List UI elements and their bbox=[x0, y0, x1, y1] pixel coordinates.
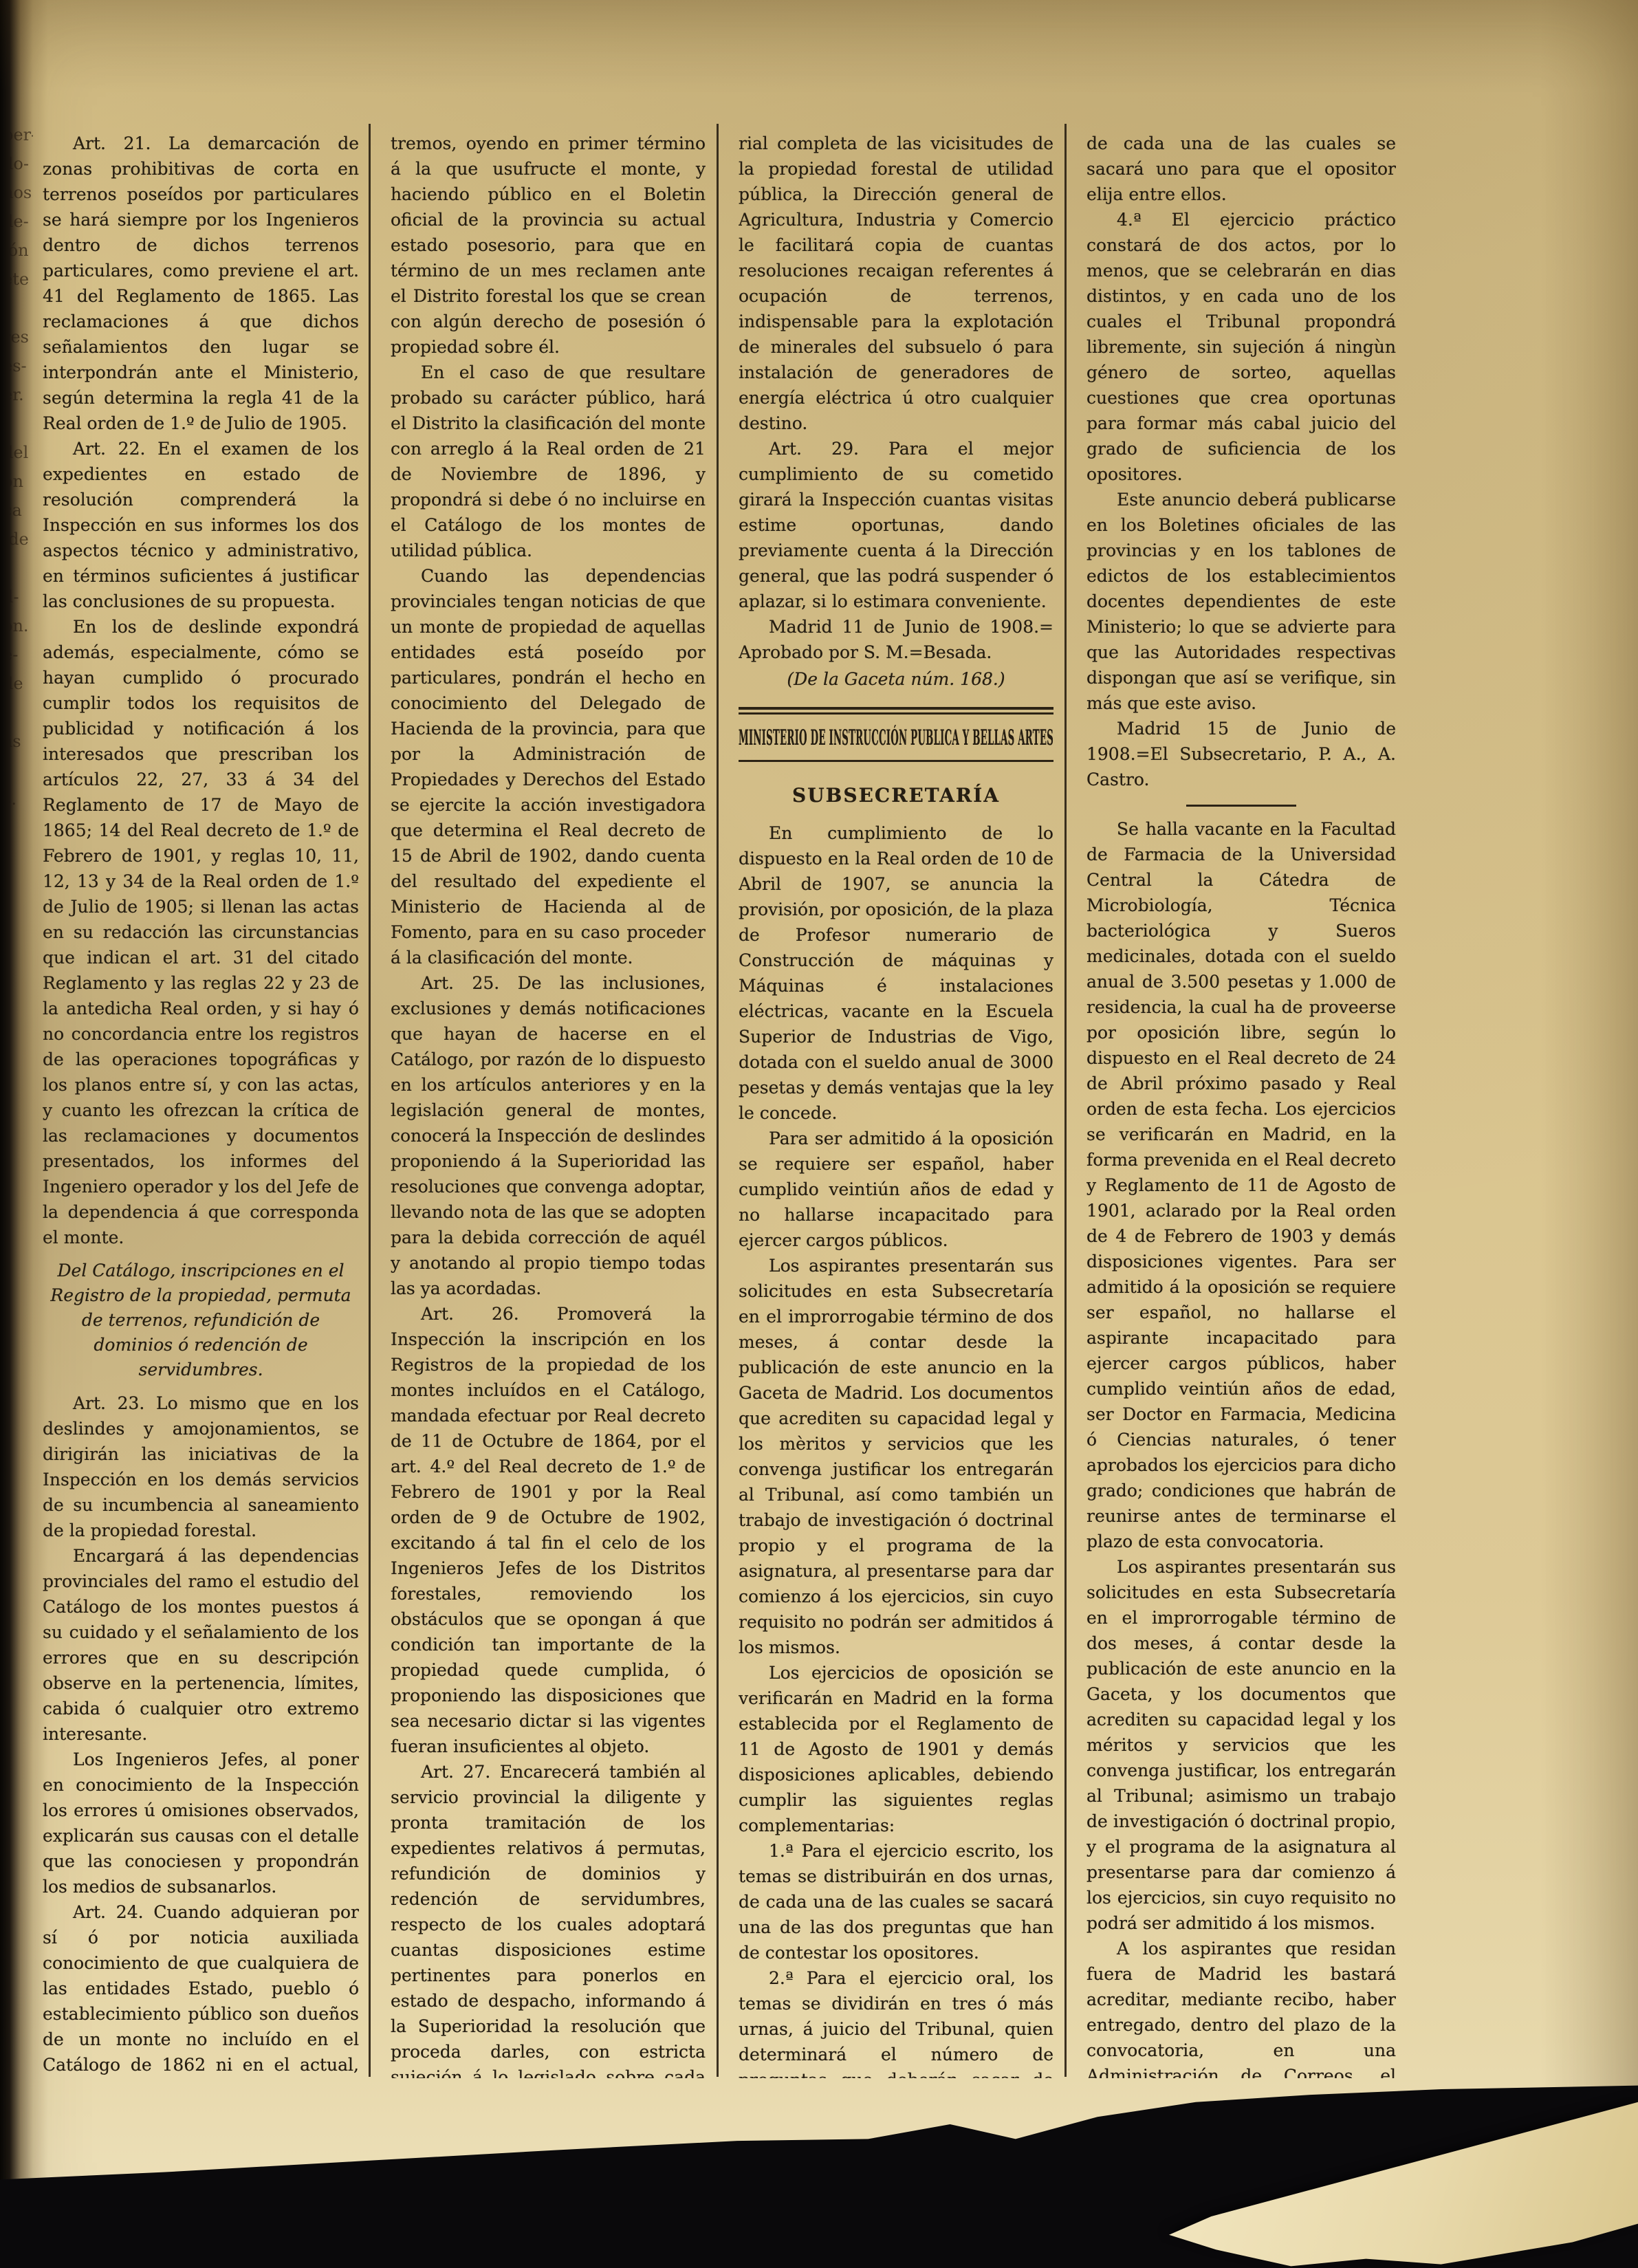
art-27-paragraph: Art. 27. Encarecerá también al servicio … bbox=[391, 1759, 706, 2078]
cut-text-fragment: -de bbox=[3, 530, 29, 549]
date-signature-besada: Madrid 11 de Junio de 1908.= Aprobado po… bbox=[739, 614, 1053, 665]
rial-continuation-paragraph: rial completa de las vicisitudes de la p… bbox=[739, 131, 1053, 436]
text-column-2: tremos, oyendo en primer término á la qu… bbox=[391, 131, 706, 2078]
solicitudes-farmacia-paragraph: Los aspirantes presentarán sus solicitud… bbox=[1086, 1554, 1396, 1936]
short-divider-rule bbox=[1186, 805, 1296, 807]
section-heading-catalogo: Del Catálogo, inscripciones en el Regist… bbox=[45, 1258, 356, 1382]
cut-text-fragment: s. bbox=[3, 789, 17, 809]
heading-underline-rule bbox=[739, 760, 1053, 762]
scanned-page: ber-do-nosde-iónetereses-er.delónca-deil… bbox=[0, 0, 1638, 2268]
vigo-announcement-paragraph: En cumplimiento de lo dispuesto en la Re… bbox=[739, 820, 1053, 1126]
torn-corner-flap bbox=[1169, 2084, 1638, 2268]
requisitos-admision-paragraph: Para ser admitido á la oposición se requ… bbox=[739, 1126, 1053, 1253]
cut-text-fragment: il- bbox=[3, 587, 19, 607]
double-rule-divider bbox=[739, 707, 1053, 715]
cut-text-fragment: ca bbox=[3, 501, 22, 520]
ministry-heading-text: MINISTERIO DE INSTRUCCIÓN PUBLICA Y BELL… bbox=[739, 726, 1053, 751]
cut-text-fragment: as bbox=[3, 732, 21, 751]
left-edge-fragments: ber-do-nosde-iónetereses-er.delónca-deil… bbox=[0, 0, 33, 1788]
solicitudes-vigo-paragraph: Los aspirantes presentarán sus solicitud… bbox=[739, 1253, 1053, 1660]
column-divider-3 bbox=[1064, 124, 1067, 2077]
cut-text-fragment: res bbox=[3, 327, 29, 347]
cut-text-fragment: ón. bbox=[3, 616, 29, 635]
cut-text-fragment: del bbox=[3, 443, 28, 462]
cut-text-fragment: ber- bbox=[3, 125, 33, 144]
ingenieros-jefes-paragraph: Los Ingenieros Jefes, al poner en conoci… bbox=[43, 1747, 359, 1899]
gaceta-reference: (De la Gaceta núm. 168.) bbox=[739, 666, 1053, 692]
art-25-paragraph: Art. 25. De las inclusiones, exclusiones… bbox=[391, 970, 706, 1301]
encargara-paragraph: Encargará á las dependencias provinciale… bbox=[43, 1543, 359, 1747]
cut-text-fragment: de- bbox=[3, 212, 29, 231]
art-21-paragraph: Art. 21. La demarcación de zonas prohibi… bbox=[43, 131, 359, 436]
regla-2-paragraph: 2.ª Para el ejercicio oral, los temas se… bbox=[739, 1965, 1053, 2078]
ministry-heading: MINISTERIO DE INSTRUCCIÓN PUBLICA Y BELL… bbox=[739, 726, 1053, 753]
ejercicios-madrid-paragraph: Los ejercicios de oposición se verificar… bbox=[739, 1660, 1053, 1838]
date-signature-castro: Madrid 15 de Junio de 1908.=El Subsecret… bbox=[1086, 716, 1396, 792]
text-column-4: de cada una de las cuales se sacará uno … bbox=[1086, 131, 1396, 2078]
tremos-continuation-paragraph: tremos, oyendo en primer término á la qu… bbox=[391, 131, 706, 360]
cut-text-fragment: ón bbox=[3, 472, 23, 491]
art-26-paragraph: Art. 26. Promoverá la Inspección la insc… bbox=[391, 1301, 706, 1759]
cut-text-fragment: ete bbox=[3, 270, 29, 289]
folded-page-corner bbox=[1169, 2084, 1638, 2268]
dependencias-provinciales-paragraph: Cuando las dependencias provinciales ten… bbox=[391, 563, 706, 970]
art-29-paragraph: Art. 29. Para el mejor cumplimiento de s… bbox=[739, 436, 1053, 614]
cut-text-fragment: es- bbox=[3, 356, 27, 375]
cut-text-fragment: de bbox=[3, 674, 23, 693]
column-divider-1 bbox=[369, 124, 371, 2077]
urnas-continuation-paragraph: de cada una de las cuales se sacará uno … bbox=[1086, 131, 1396, 207]
regla-1-paragraph: 1.ª Para el ejercicio escrito, los temas… bbox=[739, 1838, 1053, 1965]
art-23-paragraph: Art. 23. Lo mismo que en los deslindes y… bbox=[43, 1391, 359, 1543]
deslinde-requisitos-paragraph: En los de deslinde expondrá además, espe… bbox=[43, 614, 359, 1250]
subsecretaria-heading: SUBSECRETARÍA bbox=[739, 783, 1053, 808]
art-24-paragraph: Art. 24. Cuando adquieran por sí ó por n… bbox=[43, 1899, 359, 2078]
caracter-publico-paragraph: En el caso de que resultare probado su c… bbox=[391, 360, 706, 563]
residentes-fuera-paragraph: A los aspirantes que residan fuera de Ma… bbox=[1086, 1936, 1396, 2078]
art-22-paragraph: Art. 22. En el examen de los expedientes… bbox=[43, 436, 359, 614]
regla-4-paragraph: 4.ª El ejercicio práctico constará de do… bbox=[1086, 207, 1396, 487]
text-column-1: Art. 21. La demarcación de zonas prohibi… bbox=[43, 131, 359, 2078]
cut-text-fragment: ión bbox=[3, 241, 29, 260]
cut-text-fragment: do- bbox=[3, 154, 29, 173]
page-paper: ber-do-nosde-iónetereses-er.delónca-deil… bbox=[0, 0, 1638, 2268]
cut-text-fragment: e- bbox=[3, 645, 18, 664]
cut-text-fragment: er. bbox=[3, 385, 24, 404]
publicacion-boletines-paragraph: Este anuncio deberá publicarse en los Bo… bbox=[1086, 487, 1396, 716]
column-divider-2 bbox=[717, 124, 719, 2077]
cut-text-fragment: nos bbox=[3, 183, 32, 202]
text-column-3: rial completa de las vicisitudes de la p… bbox=[739, 131, 1053, 2078]
farmacia-vacante-paragraph: Se halla vacante en la Facultad de Farma… bbox=[1086, 816, 1396, 1554]
